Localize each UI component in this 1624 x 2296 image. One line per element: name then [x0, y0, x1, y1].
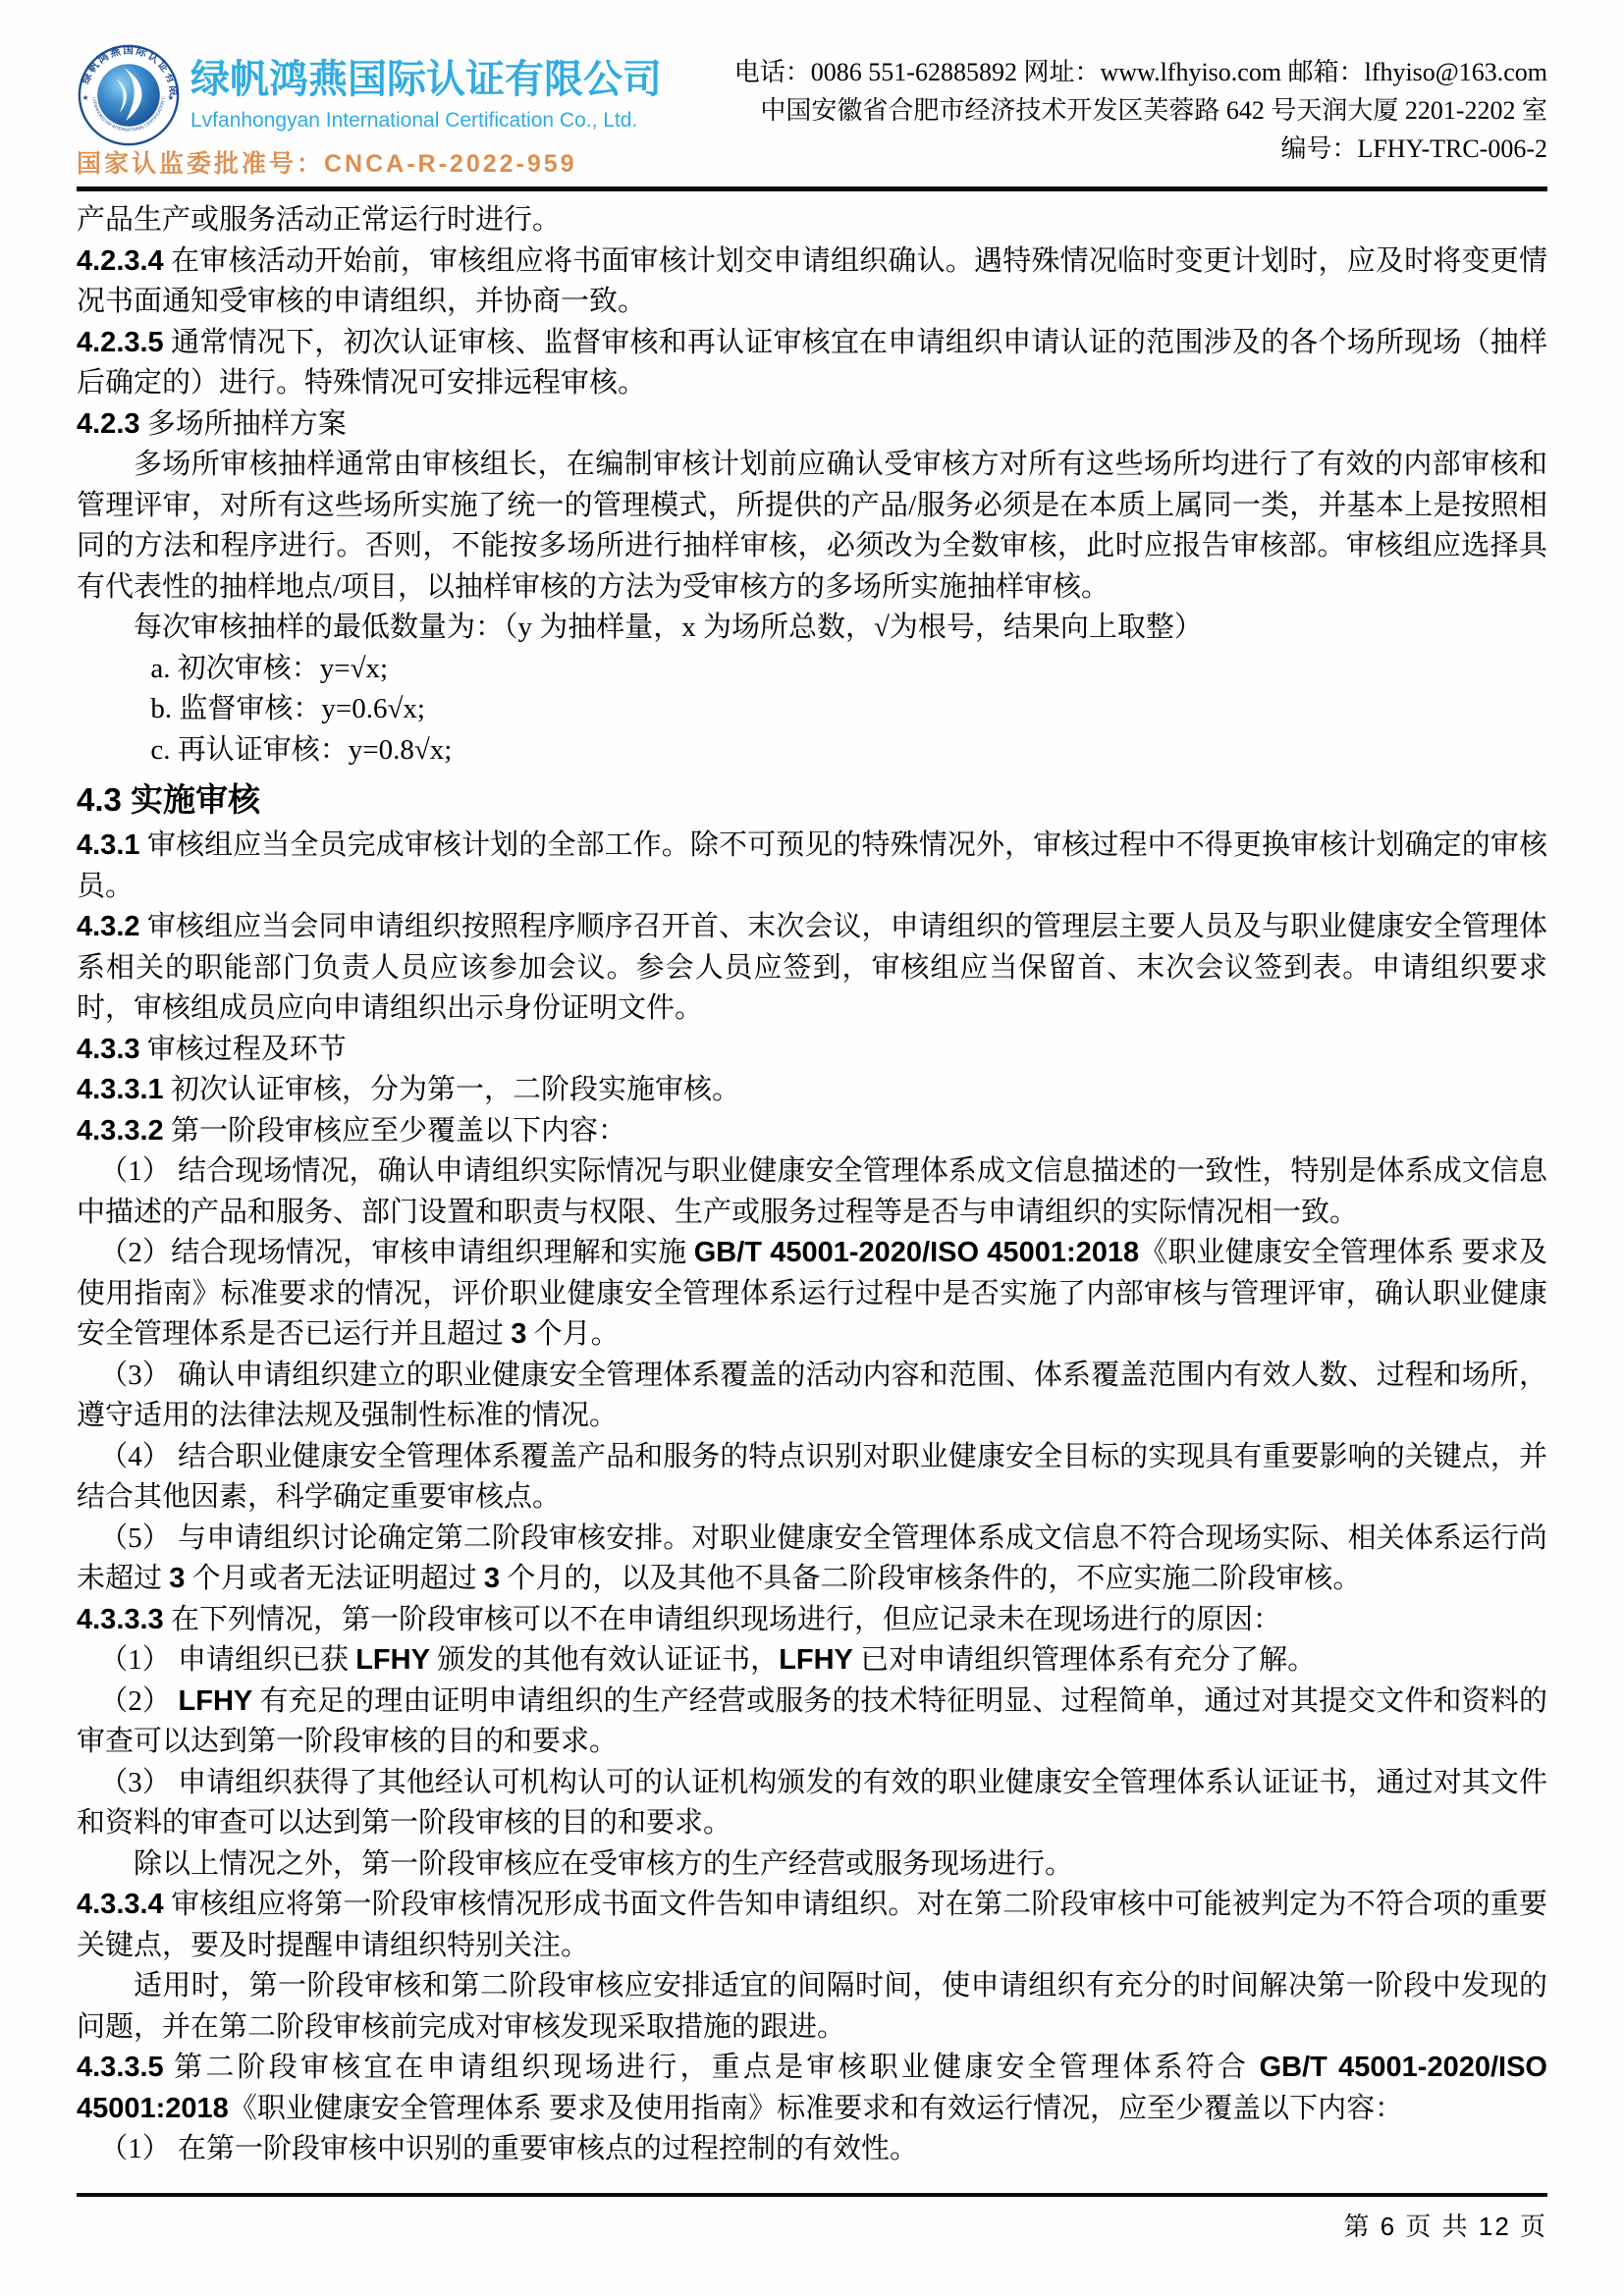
- document-page: 绿帆鸿燕国际认证有限公司 LVFANHONGYAN INTERNATIONAL …: [0, 0, 1624, 2296]
- company-name-cn: 绿帆鸿燕国际认证有限公司: [190, 57, 662, 102]
- paragraph: 4.2.3 多场所抽样方案: [77, 404, 1547, 446]
- header-divider: [77, 187, 1547, 191]
- paragraph: 4.3.1 审核组应当全员完成审核计划的全部工作。除不可预见的特殊情况外，审核过…: [77, 826, 1547, 907]
- company-name-en: Lvfanhongyan International Certification…: [190, 108, 662, 133]
- paragraph: （4） 结合职业健康安全管理体系覆盖产品和服务的特点识别对职业健康安全目标的实现…: [77, 1437, 1547, 1519]
- paragraph: 4.3.3.4 审核组应将第一阶段审核情况形成书面文件告知申请组织。对在第二阶段…: [77, 1885, 1547, 1966]
- doc-number: 编号：LFHY-TRC-006-2: [725, 130, 1547, 168]
- paragraph: 4.2.3.4 在审核活动开始前，审核组应将书面审核计划交申请组织确认。遇特殊情…: [77, 241, 1547, 323]
- paragraph: 4.3.3.3 在下列情况，第一阶段审核可以不在申请组织现场进行，但应记录未在现…: [77, 1600, 1547, 1641]
- paragraph: 4.3.3.2 第一阶段审核应至少覆盖以下内容：: [77, 1111, 1547, 1152]
- paragraph: （3） 确认申请组织建立的职业健康安全管理体系覆盖的活动内容和范围、体系覆盖范围…: [77, 1356, 1547, 1437]
- contact-line: 电话：0086 551-62885892 网址：www.lfhyiso.com …: [725, 53, 1547, 91]
- paragraph: a. 初次审核：y=√x;: [77, 649, 1547, 690]
- paragraph: 4.3.3.5 第二阶段审核宜在申请组织现场进行，重点是审核职业健康安全管理体系…: [77, 2048, 1547, 2129]
- paragraph: 4.3.3 审核过程及环节: [77, 1030, 1547, 1071]
- logo-star-left-icon: ★: [82, 93, 89, 102]
- paragraph: 4.3.2 审核组应当会同申请组织按照程序顺序召开首、末次会议，申请组织的管理层…: [77, 907, 1547, 1030]
- paragraph: 多场所审核抽样通常由审核组长，在编制审核计划前应确认受审核方对所有这些场所均进行…: [77, 445, 1547, 608]
- paragraph: （3） 申请组织获得了其他经认可机构认可的认证机构颁发的有效的职业健康安全管理体…: [77, 1763, 1547, 1844]
- paragraph: 适用时，第一阶段审核和第二阶段审核应安排适宜的间隔时间，使申请组织有充分的时间解…: [77, 1966, 1547, 2048]
- paragraph: （1） 结合现场情况，确认申请组织实际情况与职业健康安全管理体系成文信息描述的一…: [77, 1151, 1547, 1233]
- address-line: 中国安徽省合肥市经济技术开发区芙蓉路 642 号天润大厦 2201-2202 室: [725, 91, 1547, 130]
- header-brand-block: 绿帆鸿燕国际认证有限公司 LVFANHONGYAN INTERNATIONAL …: [77, 39, 725, 179]
- page-number: 第 6 页 共 12 页: [1344, 2212, 1548, 2241]
- paragraph: （5） 与申请组织讨论确定第二阶段审核安排。对职业健康安全管理体系成文信息不符合…: [77, 1519, 1547, 1600]
- paragraph: c. 再认证审核：y=0.8√x;: [77, 730, 1547, 772]
- header-contact-block: 电话：0086 551-62885892 网址：www.lfhyiso.com …: [725, 39, 1547, 168]
- section-heading: 4.3 实施审核: [77, 776, 1547, 824]
- paragraph: （2） LFHY 有充足的理由证明申请组织的生产经营或服务的技术特征明显、过程简…: [77, 1682, 1547, 1763]
- company-logo: 绿帆鸿燕国际认证有限公司 LVFANHONGYAN INTERNATIONAL …: [77, 43, 181, 147]
- document-footer: 第 6 页 共 12 页: [77, 2193, 1547, 2243]
- approval-number: 国家认监委批准号：CNCA-R-2022-959: [77, 149, 725, 179]
- document-body: 产品生产或服务活动正常运行时进行。4.2.3.4 在审核活动开始前，审核组应将书…: [77, 200, 1547, 2170]
- logo-star-right-icon: ★: [168, 93, 175, 102]
- paragraph: 产品生产或服务活动正常运行时进行。: [77, 200, 1547, 241]
- paragraph: 除以上情况之外，第一阶段审核应在受审核方的生产经营或服务现场进行。: [77, 1844, 1547, 1886]
- paragraph: （1） 申请组织已获 LFHY 颁发的其他有效认证证书，LFHY 已对申请组织管…: [77, 1640, 1547, 1682]
- paragraph: 每次审核抽样的最低数量为：（y 为抽样量，x 为场所总数，√为根号，结果向上取整…: [77, 608, 1547, 649]
- document-header: 绿帆鸿燕国际认证有限公司 LVFANHONGYAN INTERNATIONAL …: [77, 39, 1547, 179]
- paragraph: 4.3.3.1 初次认证审核，分为第一，二阶段实施审核。: [77, 1070, 1547, 1111]
- paragraph: （2）结合现场情况，审核申请组织理解和实施 GB/T 45001-2020/IS…: [77, 1233, 1547, 1356]
- paragraph: （1） 在第一阶段审核中识别的重要审核点的过程控制的有效性。: [77, 2129, 1547, 2170]
- paragraph: 4.2.3.5 通常情况下，初次认证审核、监督审核和再认证审核宜在申请组织申请认…: [77, 323, 1547, 404]
- paragraph: b. 监督审核：y=0.6√x;: [77, 689, 1547, 730]
